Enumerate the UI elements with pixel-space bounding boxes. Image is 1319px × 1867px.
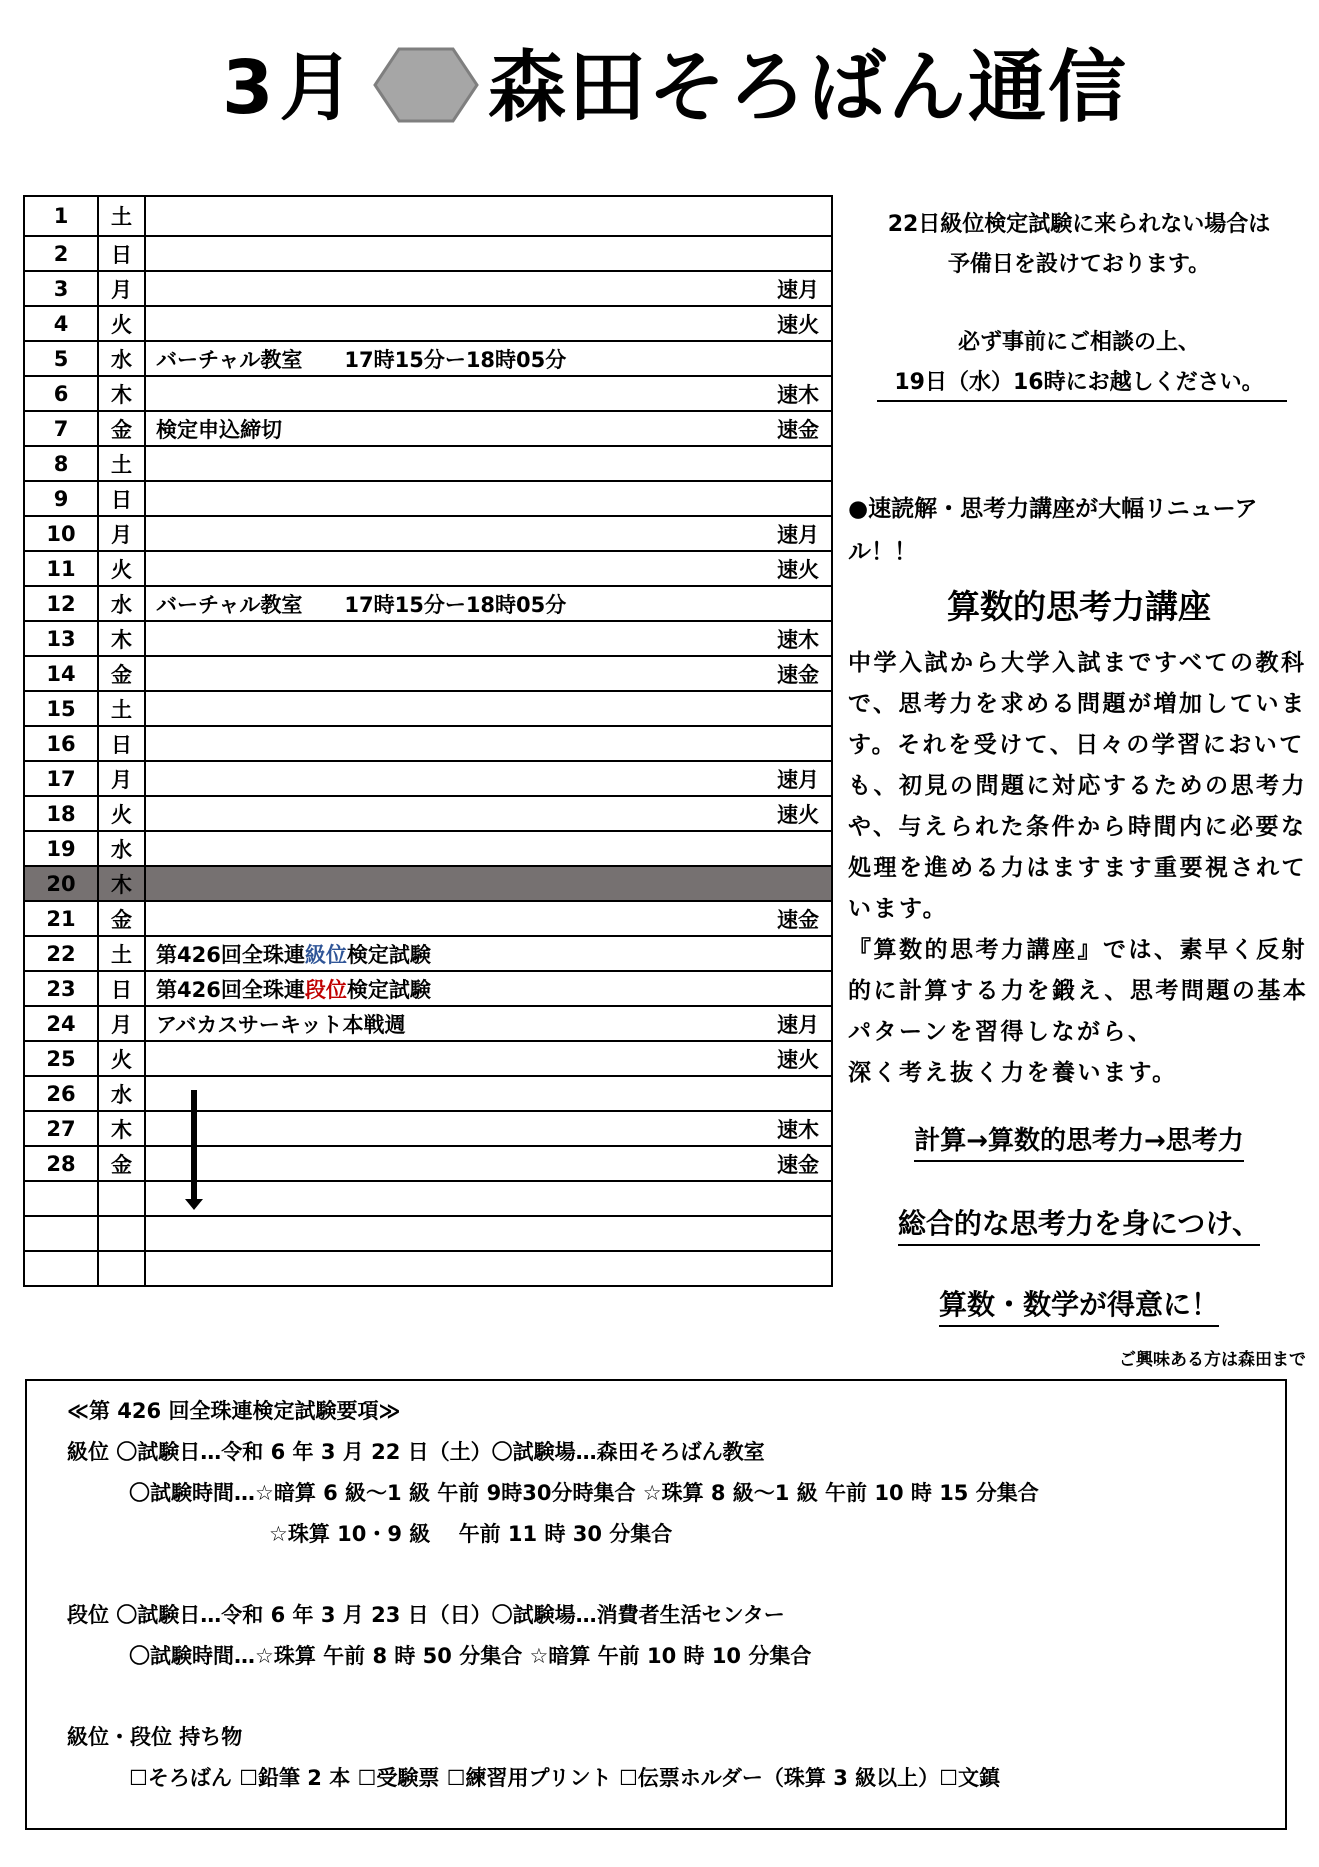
weekday: 月 xyxy=(98,516,145,551)
calendar-row: 10月速月 xyxy=(24,516,832,551)
event-cell xyxy=(145,1181,832,1216)
day-number: 27 xyxy=(24,1111,98,1146)
weekday: 水 xyxy=(98,586,145,621)
event-text: アバカスサーキット本戦週 xyxy=(156,1013,405,1037)
speed-class-label: 速月 xyxy=(777,764,819,794)
event-cell xyxy=(145,196,832,236)
speed-class-label: 速木 xyxy=(777,379,819,409)
weekday: 木 xyxy=(98,621,145,656)
calendar-row xyxy=(24,1181,832,1216)
event-cell: 検定申込締切速金 xyxy=(145,411,832,446)
day-number: 17 xyxy=(24,761,98,796)
speed-class-label: 速火 xyxy=(777,799,819,829)
day-number: 14 xyxy=(24,656,98,691)
event-cell: 速木 xyxy=(145,1111,832,1146)
items-list: ☐そろばん ☐鉛筆 2 本 ☐受験票 ☐練習用プリント ☐伝票ホルダー（珠算 3… xyxy=(129,1762,1000,1792)
calendar-row xyxy=(24,1216,832,1251)
body-paragraph: 『算数的思考力講座』では、素早く反射的に計算する力を鍛え、思考問題の基本パターン… xyxy=(848,930,1310,1053)
flow-text: 計算→算数的思考力→思考力 xyxy=(914,1126,1244,1162)
weekday: 土 xyxy=(98,196,145,236)
event-cell: 速月 xyxy=(145,271,832,306)
notice-line: 必ず事前にご相談の上、 xyxy=(848,323,1310,363)
weekday xyxy=(98,1251,145,1286)
speed-class-label: 速金 xyxy=(777,414,819,444)
event-cell: 速月 xyxy=(145,516,832,551)
exam-heading: ≪第 426 回全珠連検定試験要項≫ xyxy=(67,1395,400,1425)
day-number: 28 xyxy=(24,1146,98,1181)
calendar-row: 28金速金 xyxy=(24,1146,832,1181)
weekday: 金 xyxy=(98,1146,145,1181)
newsletter-title: 3月 森田そろばん通信 xyxy=(0,38,1319,138)
day-number: 3 xyxy=(24,271,98,306)
calendar-row: 16日 xyxy=(24,726,832,761)
event-cell: バーチャル教室 17時15分ー18時05分 xyxy=(145,586,832,621)
body-paragraph: 深く考え抜く力を養います。 xyxy=(848,1053,1310,1094)
slogan-text: 総合的な思考力を身につけ、 xyxy=(898,1207,1260,1246)
calendar-row: 21金速金 xyxy=(24,901,832,936)
event-cell xyxy=(145,481,832,516)
event-text: 検定申込締切 xyxy=(156,418,282,442)
body-paragraph: 中学入試から大学入試まですべての教科で、思考力を求める問題が増加しています。それ… xyxy=(848,643,1310,930)
event-cell xyxy=(145,1251,832,1286)
day-number: 13 xyxy=(24,621,98,656)
calendar-row: 23日第426回全珠連段位検定試験 xyxy=(24,971,832,1006)
day-number xyxy=(24,1216,98,1251)
day-number: 7 xyxy=(24,411,98,446)
speed-class-label: 速金 xyxy=(777,1149,819,1179)
day-number: 25 xyxy=(24,1041,98,1076)
day-number: 12 xyxy=(24,586,98,621)
speed-class-label: 速火 xyxy=(777,1044,819,1074)
calendar-row: 17月速月 xyxy=(24,761,832,796)
course-heading: 算数的思考力講座 xyxy=(848,582,1310,632)
calendar-row: 15土 xyxy=(24,691,832,726)
day-number: 22 xyxy=(24,936,98,971)
day-number: 26 xyxy=(24,1076,98,1111)
event-text: バーチャル教室 17時15分ー18時05分 xyxy=(156,593,566,617)
weekday xyxy=(98,1216,145,1251)
day-number xyxy=(24,1251,98,1286)
speed-class-label: 速月 xyxy=(777,274,819,304)
event-text: バーチャル教室 17時15分ー18時05分 xyxy=(156,348,566,372)
calendar-row: 22土第426回全珠連級位検定試験 xyxy=(24,936,832,971)
event-text: 第426回全珠連段位検定試験 xyxy=(156,978,431,1002)
event-cell: 速火 xyxy=(145,1041,832,1076)
day-number: 18 xyxy=(24,796,98,831)
weekday: 水 xyxy=(98,341,145,376)
calendar-row: 12水バーチャル教室 17時15分ー18時05分 xyxy=(24,586,832,621)
weekday: 木 xyxy=(98,1111,145,1146)
course-bullet: ●速読解・思考力講座が大幅リニューアル！！ xyxy=(848,488,1310,574)
day-number: 19 xyxy=(24,831,98,866)
day-number: 24 xyxy=(24,1006,98,1041)
items-label: 級位・段位 持ち物 xyxy=(67,1721,242,1751)
weekday: 土 xyxy=(98,936,145,971)
title-name: 森田そろばん通信 xyxy=(488,38,1128,138)
weekday: 日 xyxy=(98,481,145,516)
event-cell: 速木 xyxy=(145,376,832,411)
weekday: 金 xyxy=(98,901,145,936)
calendar-row: 14金速金 xyxy=(24,656,832,691)
hexagon-icon xyxy=(373,47,479,123)
speed-class-label: 速木 xyxy=(777,624,819,654)
speed-class-label: 速金 xyxy=(777,659,819,689)
notice-line: 22日級位検定試験に来られない場合は xyxy=(848,205,1310,245)
event-text: 第426回全珠連級位検定試験 xyxy=(156,943,431,967)
calendar-row: 25火速火 xyxy=(24,1041,832,1076)
day-number: 8 xyxy=(24,446,98,481)
kyu-date-line: 級位 〇試験日…令和 6 年 3 月 22 日（土）〇試験場…森田そろばん教室 xyxy=(67,1436,765,1466)
weekday: 日 xyxy=(98,971,145,1006)
event-cell: アバカスサーキット本戦週速月 xyxy=(145,1006,832,1041)
calendar-row: 13木速木 xyxy=(24,621,832,656)
speed-class-label: 速月 xyxy=(777,1009,819,1039)
speed-class-label: 速木 xyxy=(777,1114,819,1144)
day-number: 6 xyxy=(24,376,98,411)
event-cell: 速火 xyxy=(145,306,832,341)
divider xyxy=(877,400,1287,402)
weekday: 火 xyxy=(98,306,145,341)
calendar-row: 9日 xyxy=(24,481,832,516)
event-cell: 第426回全珠連級位検定試験 xyxy=(145,936,832,971)
calendar-row: 20木 xyxy=(24,866,832,901)
day-number: 15 xyxy=(24,691,98,726)
calendar-row: 1土 xyxy=(24,196,832,236)
down-arrow-icon xyxy=(191,1090,197,1200)
event-cell xyxy=(145,866,832,901)
kyu-time-line-2: ☆珠算 10・9 級 午前 11 時 30 分集合 xyxy=(269,1518,672,1548)
event-cell: 速木 xyxy=(145,621,832,656)
calendar-table: 1土2日3月速月4火速火5水バーチャル教室 17時15分ー18時05分6木速木7… xyxy=(23,195,833,1287)
calendar-row: 3月速月 xyxy=(24,271,832,306)
event-cell xyxy=(145,1076,832,1111)
speed-class-label: 速月 xyxy=(777,519,819,549)
calendar-row: 2日 xyxy=(24,236,832,271)
slogan-2: 算数・数学が得意に！ xyxy=(848,1283,1310,1323)
weekday: 土 xyxy=(98,446,145,481)
day-number: 9 xyxy=(24,481,98,516)
weekday: 水 xyxy=(98,831,145,866)
weekday: 木 xyxy=(98,866,145,901)
speed-class-label: 速金 xyxy=(777,904,819,934)
event-cell xyxy=(145,691,832,726)
weekday: 火 xyxy=(98,796,145,831)
event-cell: 速火 xyxy=(145,796,832,831)
event-cell xyxy=(145,446,832,481)
event-cell xyxy=(145,831,832,866)
weekday: 土 xyxy=(98,691,145,726)
consult-notice: 必ず事前にご相談の上、 19日（水）16時にお越しください。 xyxy=(848,323,1310,403)
event-cell: 速火 xyxy=(145,551,832,586)
calendar-row: 27木速木 xyxy=(24,1111,832,1146)
weekday: 火 xyxy=(98,1041,145,1076)
calendar-row: 5水バーチャル教室 17時15分ー18時05分 xyxy=(24,341,832,376)
weekday: 月 xyxy=(98,761,145,796)
event-cell: 速金 xyxy=(145,656,832,691)
calendar-row: 24月アバカスサーキット本戦週速月 xyxy=(24,1006,832,1041)
title-month: 3月 xyxy=(222,38,360,138)
kyu-time-line: 〇試験時間…☆暗算 6 級～1 級 午前 9時30分時集合 ☆珠算 8 級～1 … xyxy=(129,1477,1039,1507)
calendar-row: 18火速火 xyxy=(24,796,832,831)
makeup-notice: 22日級位検定試験に来られない場合は 予備日を設けております。 xyxy=(848,205,1310,285)
weekday: 水 xyxy=(98,1076,145,1111)
calendar-row: 7金検定申込締切速金 xyxy=(24,411,832,446)
day-number: 11 xyxy=(24,551,98,586)
event-cell: 速月 xyxy=(145,761,832,796)
calendar-row: 19水 xyxy=(24,831,832,866)
calendar-row: 4火速火 xyxy=(24,306,832,341)
slogan-1: 総合的な思考力を身につけ、 xyxy=(848,1202,1310,1242)
calendar-row: 8土 xyxy=(24,446,832,481)
contact-note: ご興味ある方は森田まで xyxy=(1119,1345,1306,1370)
event-cell xyxy=(145,726,832,761)
event-cell xyxy=(145,236,832,271)
day-number: 21 xyxy=(24,901,98,936)
weekday: 日 xyxy=(98,236,145,271)
dan-time-line: 〇試験時間…☆珠算 午前 8 時 50 分集合 ☆暗算 午前 10 時 10 分… xyxy=(129,1640,811,1670)
weekday: 月 xyxy=(98,1006,145,1041)
notice-line: 予備日を設けております。 xyxy=(848,245,1310,285)
calendar-row: 11火速火 xyxy=(24,551,832,586)
notice-line: 19日（水）16時にお越しください。 xyxy=(848,363,1310,403)
day-number: 5 xyxy=(24,341,98,376)
event-cell: 速金 xyxy=(145,1146,832,1181)
speed-class-label: 速火 xyxy=(777,309,819,339)
event-cell: 第426回全珠連段位検定試験 xyxy=(145,971,832,1006)
dan-date-line: 段位 〇試験日…令和 6 年 3 月 23 日（日）〇試験場…消費者生活センター xyxy=(67,1599,785,1629)
day-number xyxy=(24,1181,98,1216)
event-cell: バーチャル教室 17時15分ー18時05分 xyxy=(145,341,832,376)
day-number: 16 xyxy=(24,726,98,761)
course-body: 中学入試から大学入試まですべての教科で、思考力を求める問題が増加しています。それ… xyxy=(848,643,1310,1094)
weekday xyxy=(98,1181,145,1216)
weekday: 日 xyxy=(98,726,145,761)
day-number: 10 xyxy=(24,516,98,551)
speed-class-label: 速火 xyxy=(777,554,819,584)
day-number: 1 xyxy=(24,196,98,236)
weekday: 月 xyxy=(98,271,145,306)
calendar-row xyxy=(24,1251,832,1286)
exam-details-box: ≪第 426 回全珠連検定試験要項≫ 級位 〇試験日…令和 6 年 3 月 22… xyxy=(25,1379,1287,1830)
event-cell xyxy=(145,1216,832,1251)
course-flow: 計算→算数的思考力→思考力 xyxy=(848,1120,1310,1157)
weekday: 木 xyxy=(98,376,145,411)
day-number: 23 xyxy=(24,971,98,1006)
event-cell: 速金 xyxy=(145,901,832,936)
weekday: 火 xyxy=(98,551,145,586)
weekday: 金 xyxy=(98,656,145,691)
day-number: 2 xyxy=(24,236,98,271)
day-number: 20 xyxy=(24,866,98,901)
calendar-row: 26水 xyxy=(24,1076,832,1111)
calendar-row: 6木速木 xyxy=(24,376,832,411)
day-number: 4 xyxy=(24,306,98,341)
slogan-text: 算数・数学が得意に！ xyxy=(939,1288,1219,1327)
weekday: 金 xyxy=(98,411,145,446)
